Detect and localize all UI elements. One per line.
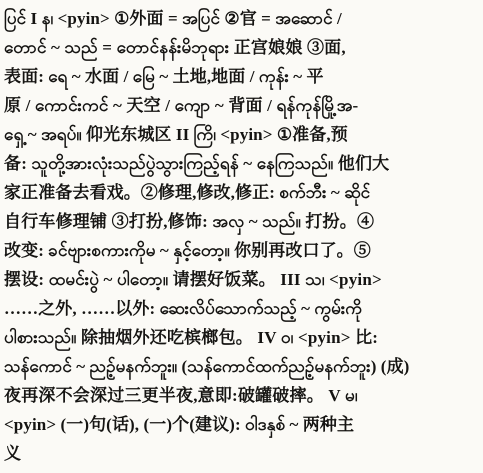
entry-line-9: 改变: ခင်ဗျားစကားကိုမ ~ နှင့်တော့။ 你别再改口了。… xyxy=(4,236,477,265)
entry-line-11: ……之外, ……以外: ဆေးလိပ်သောက်သည့် ~ ကွမ်းကို xyxy=(4,294,477,323)
entry-line-8: 自行车修理铺 ③打扮,修饰: အလှ ~ သည်။ 打扮。④ xyxy=(4,207,477,236)
entry-line-10: 摆设: ထမင်းပွဲ ~ ပါတော့။ 请摆好饭菜。 III သ၊ <py… xyxy=(4,265,477,294)
entry-line-4: 原 / ကောင်းကင် ~ 天空 / ကျော ~ 背面 / ရန်ကုန်… xyxy=(4,91,477,120)
entry-line-13: သန်ကောင် ~ ညဉ့်မနက်ဘူး။ (သန်ကောင်ထက်ညဉ့်… xyxy=(4,352,477,381)
entry-line-16: 义 xyxy=(4,439,477,468)
dictionary-page: ပြင် I န၊ <pyin> ①外面 = အပြင် ②官 = အဆောင်… xyxy=(0,0,483,473)
entry-line-14: 夜再深不会深过三更半夜,意即:破罐破摔。 V မ၊ xyxy=(4,381,477,410)
entry-line-6: 备: သူတို့အားလုံးသည်ပွဲသွားကြည့်ရန် ~ နေက… xyxy=(4,149,477,178)
entry-line-5: ရှေ့ ~ အရပ်။ 仰光东城区 II ကြိ၊ <pyin> ①准备,预 xyxy=(4,120,477,149)
entry-line-3: 表面: ရေ ~ 水面 / မြေ ~ 土地,地面 / ကုန်း ~ 平 xyxy=(4,62,477,91)
entry-line-1: ပြင် I န၊ <pyin> ①外面 = အပြင် ②官 = အဆောင်… xyxy=(4,4,477,33)
entry-line-7: 家正准备去看戏。②修理,修改,修正: စက်ဘီး ~ ဆိုင် xyxy=(4,178,477,207)
entry-line-2: တောင် ~ သည် = တောင်နန်းမိဘုရား 正宫娘娘 ③面, xyxy=(4,33,477,62)
entry-line-12: ပါစားသည်။ 除抽烟外还吃槟榔包。 IV ဝ၊ <pyin> 比: xyxy=(4,323,477,352)
entry-line-15: <pyin> (一)句(话), (一)个(建议): ဝါဒနှစ် ~ 两种主 xyxy=(4,410,477,439)
